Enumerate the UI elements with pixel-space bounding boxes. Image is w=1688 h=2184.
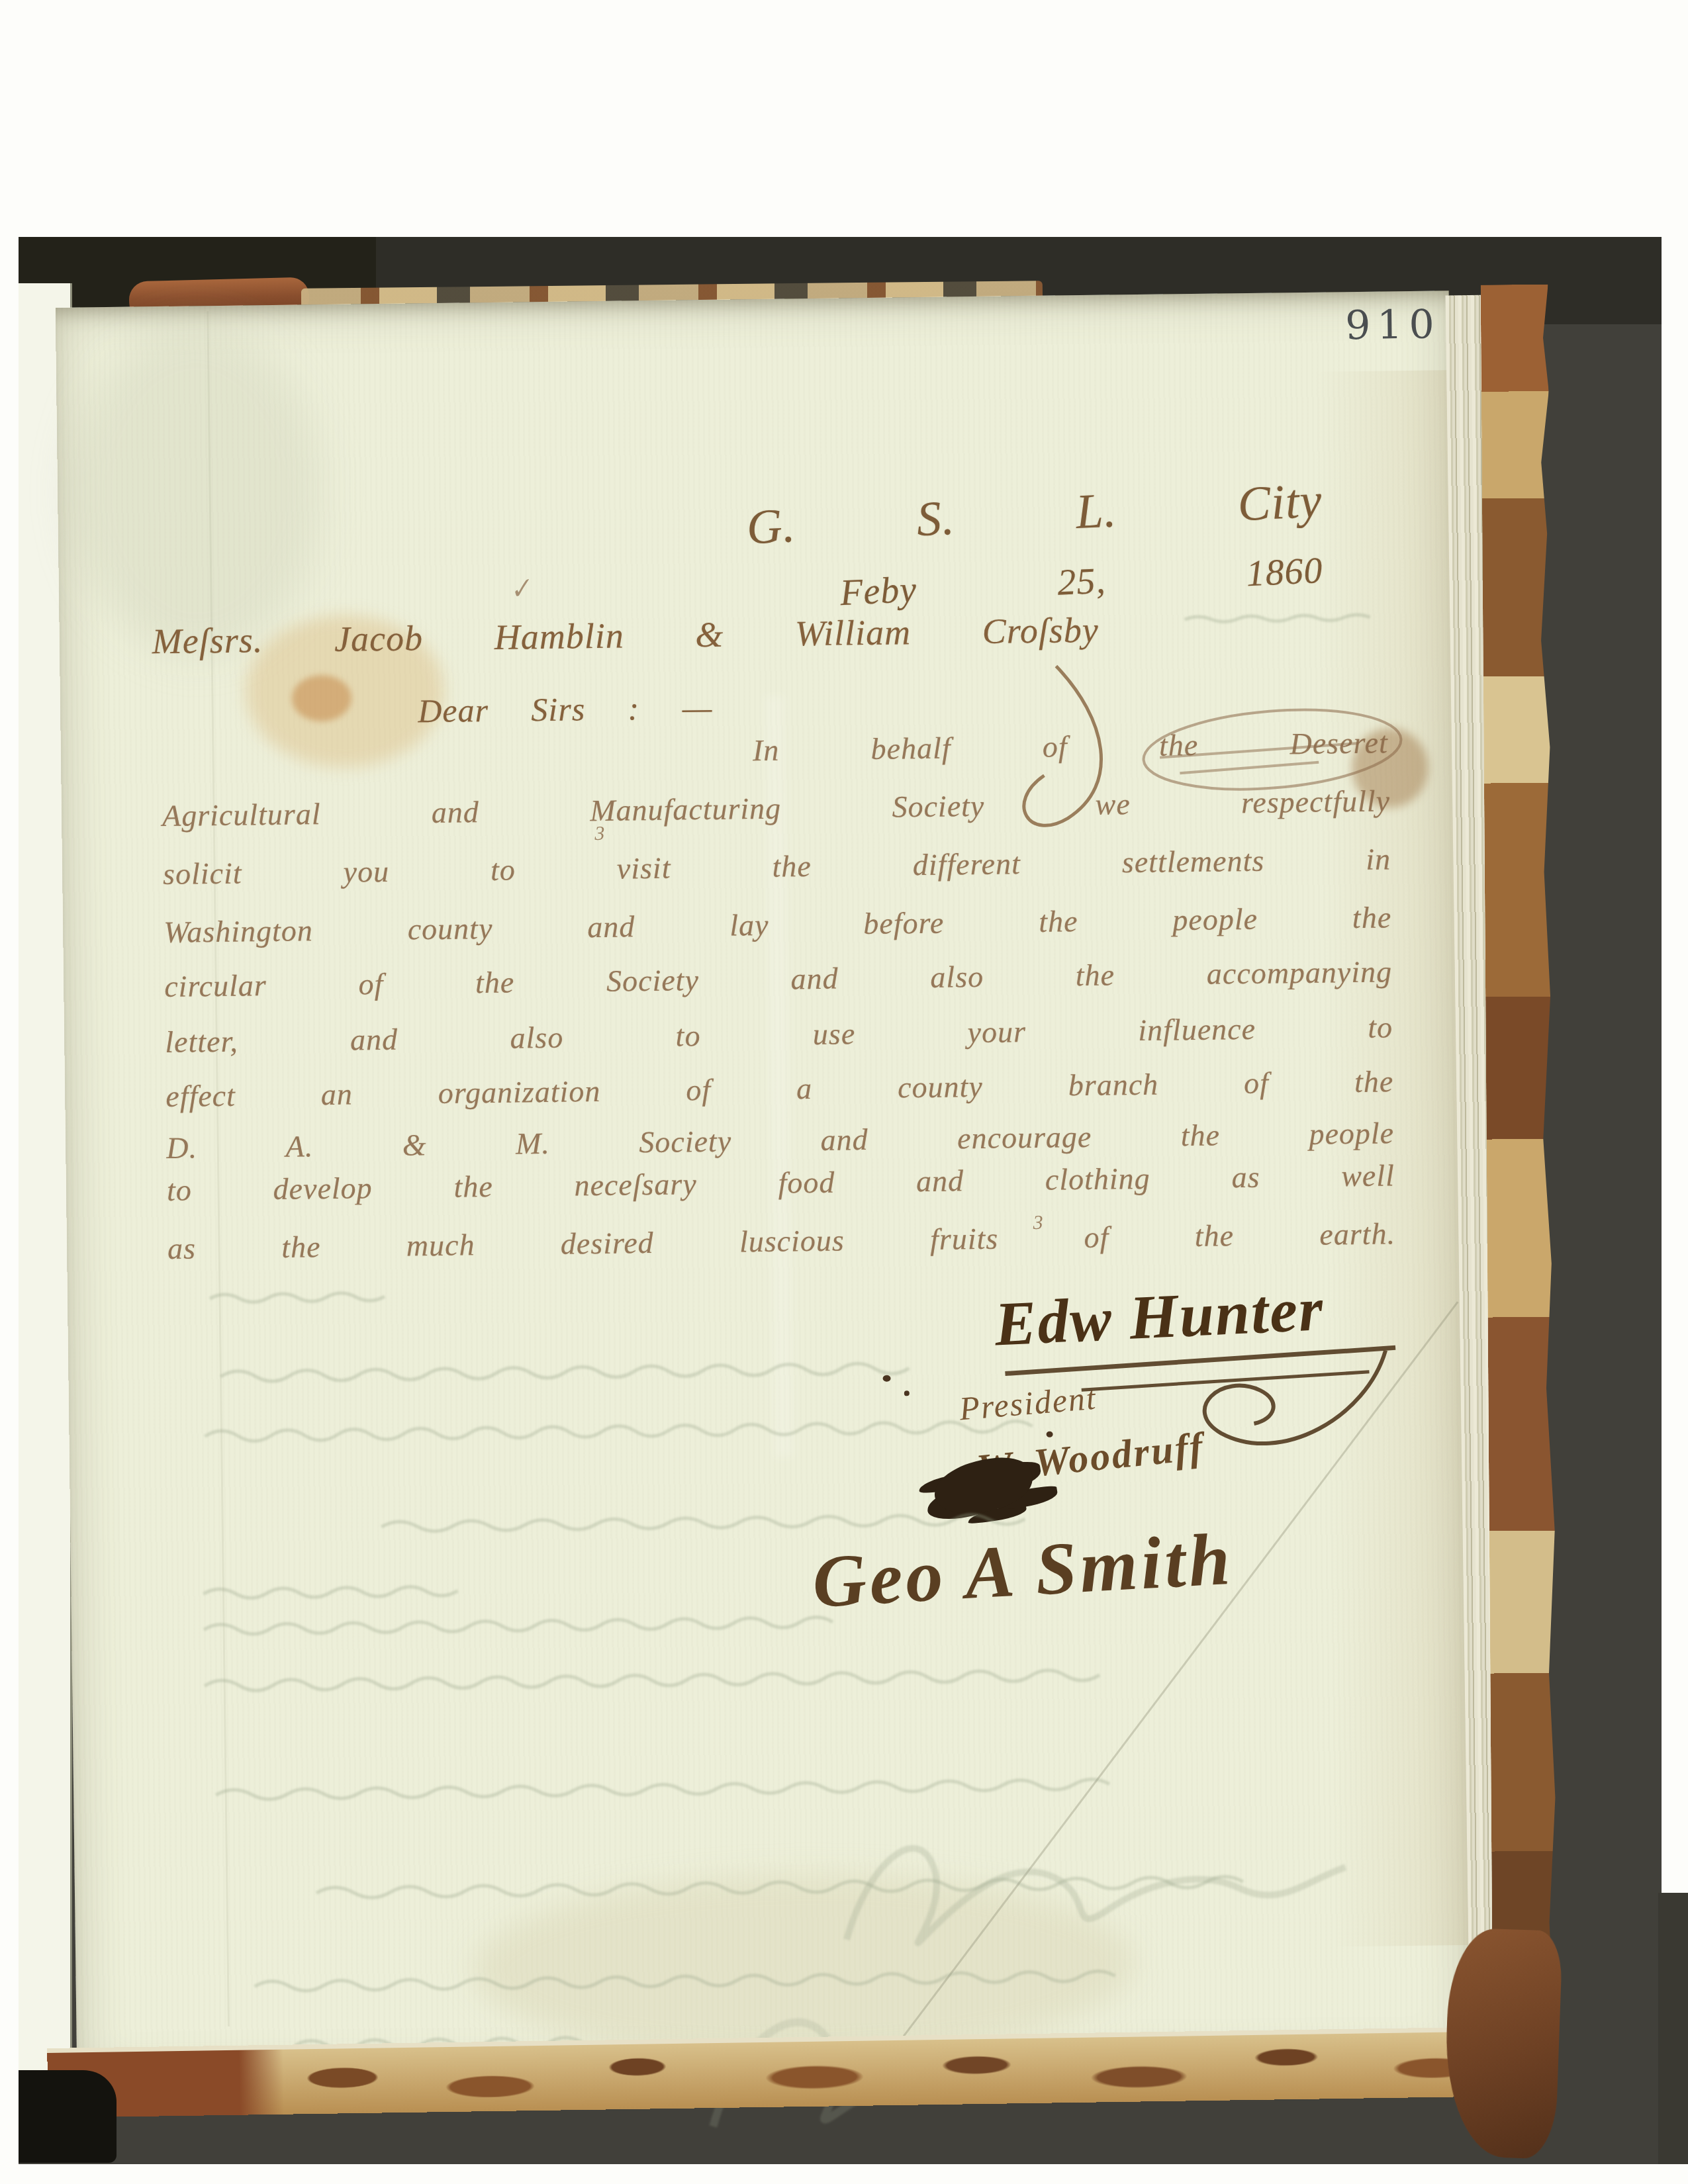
deseret-strike bbox=[1160, 743, 1358, 774]
bleedthrough-line bbox=[255, 1971, 1115, 1991]
vertical-crease bbox=[208, 311, 229, 2026]
bleedthrough-line bbox=[204, 1617, 833, 1635]
bleedthrough-line bbox=[381, 1514, 1025, 1532]
hunter-signature-flourish bbox=[1005, 1347, 1397, 1446]
crosby-flourish bbox=[1022, 666, 1102, 826]
bleedthrough-line bbox=[210, 1293, 385, 1302]
bleedthrough-line bbox=[1185, 615, 1370, 622]
bleedthrough-line bbox=[205, 1670, 1100, 1692]
bleedthrough-line bbox=[203, 1586, 457, 1599]
bleedthrough-line bbox=[220, 1363, 909, 1382]
scanned-letter-page: 910 G. S. L. City Feby 25, 1860 Meſsrs. … bbox=[0, 0, 1688, 2184]
page-ink-overlay bbox=[56, 291, 1471, 2081]
bleedthrough-group bbox=[192, 615, 1387, 2052]
book-page: 910 G. S. L. City Feby 25, 1860 Meſsrs. … bbox=[56, 291, 1471, 2081]
dark-margin-patch bbox=[1658, 1893, 1688, 2164]
dark-corner-strip bbox=[19, 2070, 117, 2163]
bleedthrough-line bbox=[205, 1421, 1032, 1441]
ghost-signature bbox=[845, 1843, 1346, 1944]
bleedthrough-line bbox=[316, 1876, 1243, 1898]
diagonal-crease bbox=[868, 1302, 1467, 2070]
bleedthrough-line bbox=[216, 1779, 1109, 1799]
